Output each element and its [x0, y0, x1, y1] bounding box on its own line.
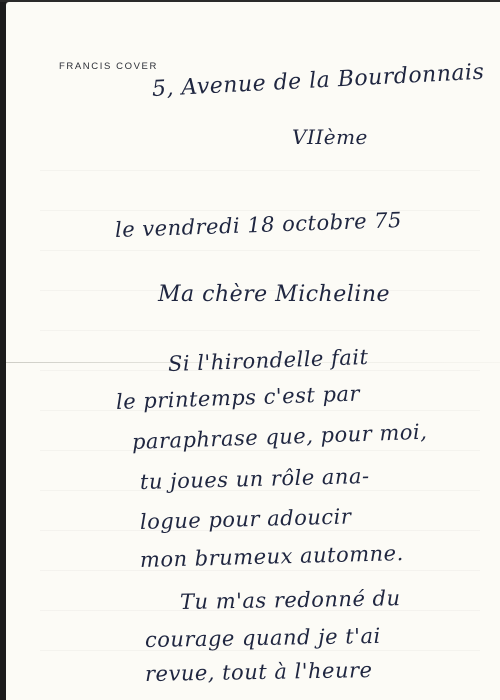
body-line: courage quand je t'ai	[145, 624, 381, 652]
address-line-2: VIIème	[292, 125, 368, 149]
body-line: revue, tout à l'heure	[145, 658, 373, 686]
salutation: Ma chère Micheline	[158, 282, 390, 307]
letterhead: FRANCIS COVER	[59, 61, 158, 72]
body-line: Tu m'as redonné du	[180, 586, 401, 614]
